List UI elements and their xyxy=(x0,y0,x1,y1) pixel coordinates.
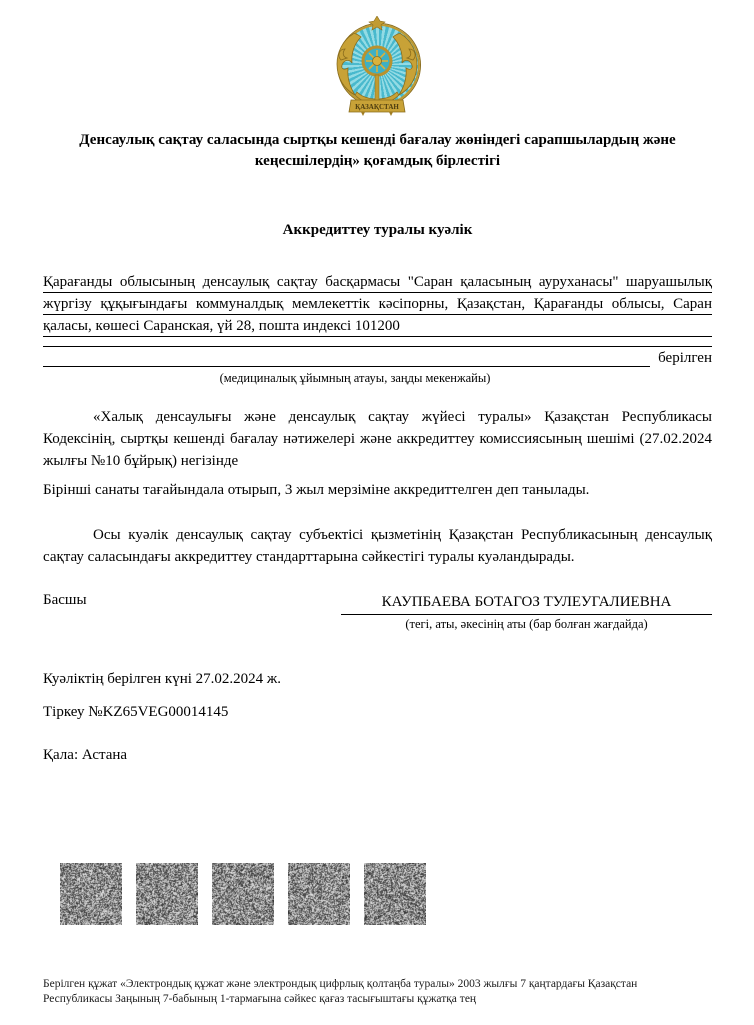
emblem-banner-text: ҚАЗАҚСТАН xyxy=(355,103,399,111)
kazakhstan-coat-of-arms-icon: ҚАЗАҚСТАН xyxy=(331,16,423,116)
category-line: Бірінші санаты тағайындала отырып, 3 жыл… xyxy=(43,479,712,501)
statement-paragraph: Осы куәлік денсаулық сақтау субъектісі қ… xyxy=(43,524,712,568)
issued-line: берілген xyxy=(43,349,712,367)
footer-legal-text: Берілген құжат «Электрондық құжат және э… xyxy=(43,977,703,1007)
organization-title: Денсаулық сақтау саласында сыртқы кешенд… xyxy=(43,130,712,172)
certificate-page: ҚАЗАҚСТАН Денсаулық сақтау саласында сыр… xyxy=(0,0,754,1025)
noise-stamp xyxy=(60,863,122,925)
recipient-name-address: Қарағанды облысының денсаулық сақтау бас… xyxy=(43,271,712,337)
blank-form-line xyxy=(43,349,650,367)
basis-paragraph: «Халық денсаулығы және денсаулық сақтау … xyxy=(43,406,712,472)
signature-block: КАУПБАЕВА БОТАГОЗ ТУЛЕУГАЛИЕВНА (тегі, а… xyxy=(341,592,712,632)
blank-form-line xyxy=(43,346,712,347)
registration-number-line: Тіркеу №KZ65VEG00014145 xyxy=(43,704,228,721)
emblem-ornaments: ҚАЗАҚСТАН xyxy=(331,16,423,116)
signer-name: КАУПБАЕВА БОТАГОЗ ТУЛЕУГАЛИЕВНА xyxy=(341,592,712,615)
noise-stamp xyxy=(364,863,426,925)
signer-caption: (тегі, аты, әкесінің аты (бар болған жағ… xyxy=(341,617,712,632)
noise-stamp xyxy=(288,863,350,925)
stamp-row xyxy=(60,863,426,925)
document-title: Аккредиттеу туралы куәлік xyxy=(43,222,712,239)
noise-stamp xyxy=(136,863,198,925)
recipient-caption: (медициналық ұйымның атауы, заңды мекенж… xyxy=(43,371,667,386)
issue-date-line: Куәліктің берілген күні 27.02.2024 ж. xyxy=(43,671,281,688)
noise-stamp xyxy=(212,863,274,925)
issued-label: берілген xyxy=(658,350,712,367)
signer-role-label: Басшы xyxy=(43,592,87,609)
city-line: Қала: Астана xyxy=(43,747,127,764)
